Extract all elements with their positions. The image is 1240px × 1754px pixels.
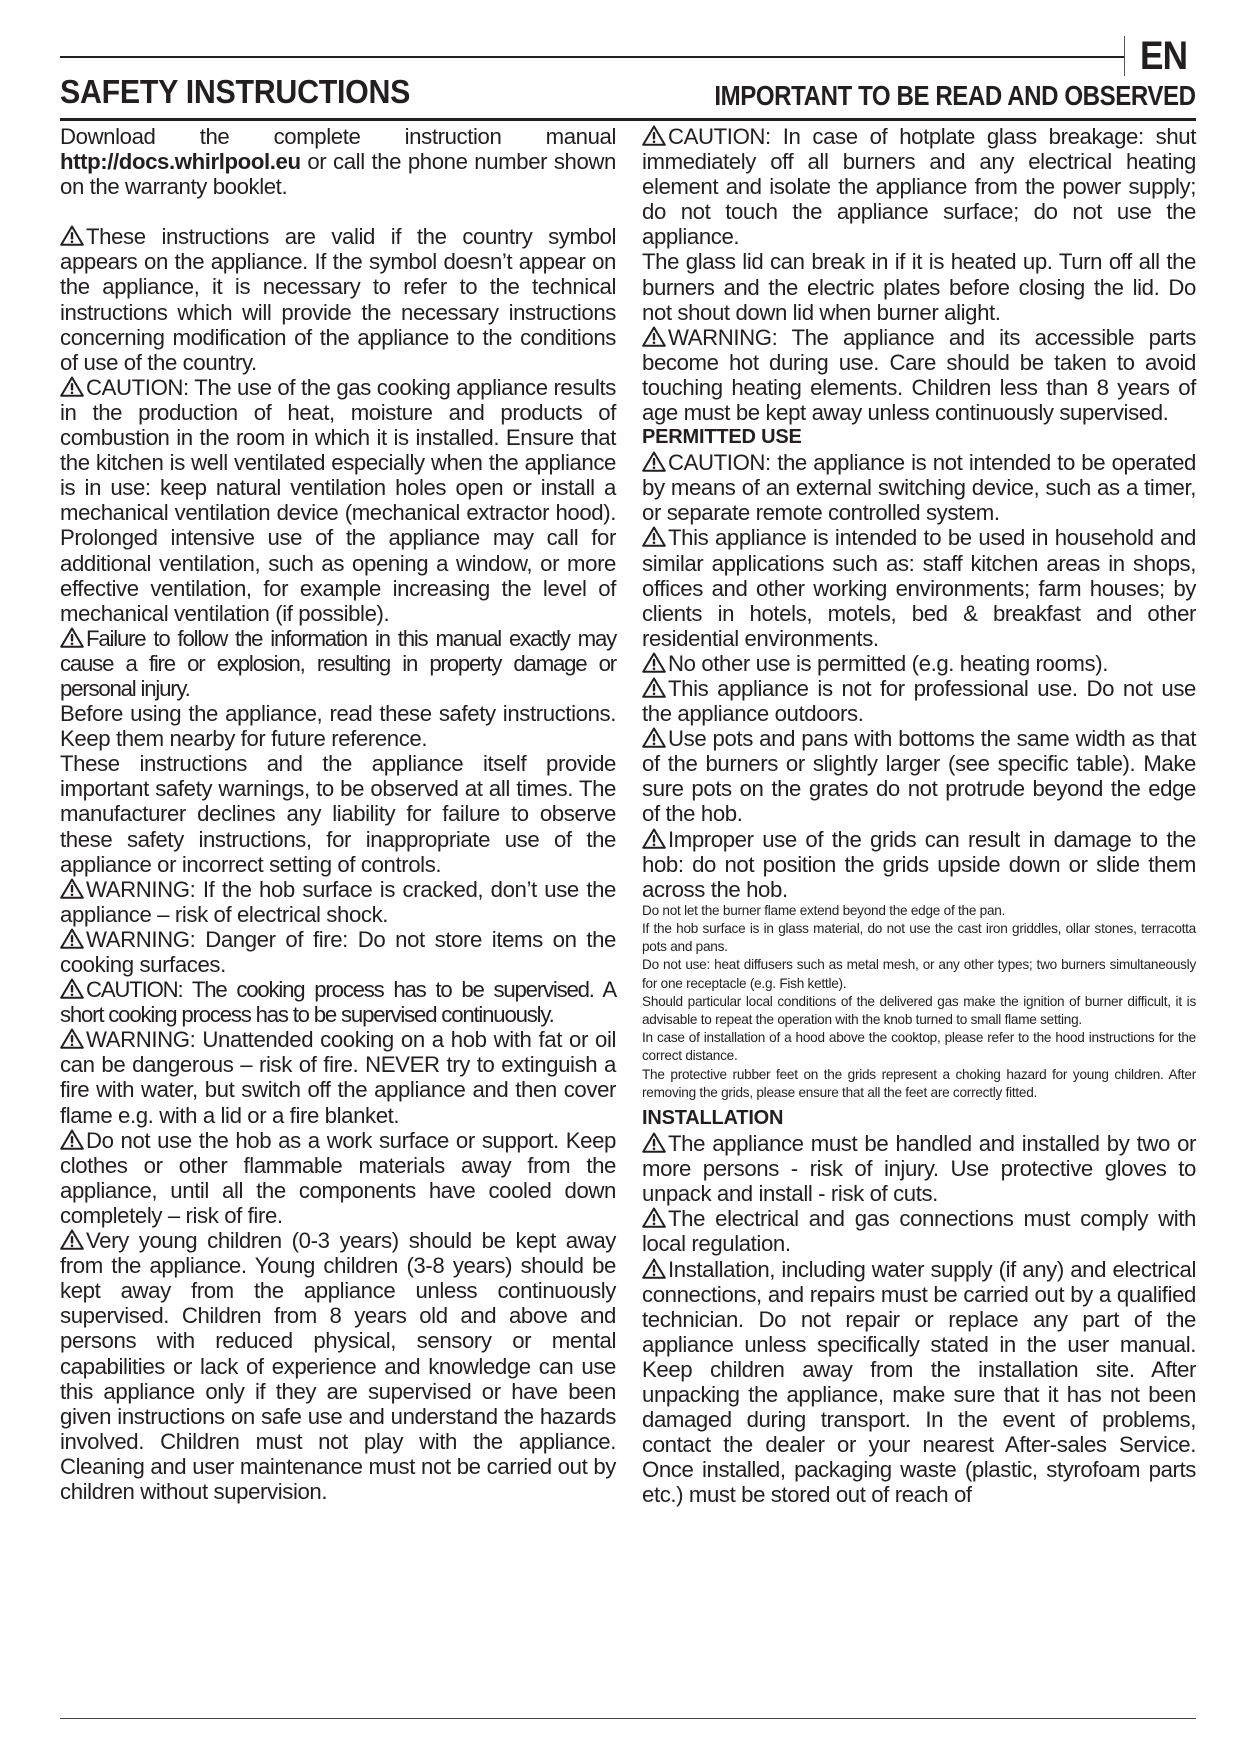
warning-triangle-icon [60, 627, 84, 648]
language-divider [1124, 36, 1125, 76]
warning-triangle-icon [642, 1258, 666, 1279]
right-column: CAUTION: In case of hotplate glass break… [642, 124, 1196, 1507]
paragraph-text: CAUTION: the appliance is not intended t… [642, 450, 1196, 525]
small-note: In case of installation of a hood above … [642, 1029, 1196, 1065]
page-title: SAFETY INSTRUCTIONS [60, 72, 410, 112]
safety-paragraph: WARNING: Unattended cooking on a hob wit… [60, 1027, 616, 1127]
header-rule [60, 118, 1196, 121]
safety-paragraph: Installation, including water supply (if… [642, 1257, 1196, 1508]
warning-triangle-icon [642, 652, 666, 673]
safety-paragraph: Do not use the hob as a work surface or … [60, 1128, 616, 1228]
safety-paragraph: CAUTION: The use of the gas cooking appl… [60, 375, 616, 626]
safety-paragraph: Before using the appliance, read these s… [60, 701, 616, 751]
safety-paragraph: CAUTION: In case of hotplate glass break… [642, 124, 1196, 249]
safety-paragraph: WARNING: If the hob surface is cracked, … [60, 877, 616, 927]
paragraph-text: Failure to follow the information in thi… [60, 626, 616, 701]
paragraph-text: No other use is permitted (e.g. heating … [668, 651, 1108, 676]
safety-paragraph: The appliance must be handled and instal… [642, 1131, 1196, 1206]
paragraph-text: Use pots and pans with bottoms the same … [642, 726, 1196, 826]
warning-triangle-icon [60, 1028, 84, 1049]
warning-triangle-icon [60, 225, 84, 246]
paragraph-text: WARNING: Danger of fire: Do not store it… [60, 927, 616, 977]
paragraph-text: WARNING: Unattended cooking on a hob wit… [60, 1027, 616, 1127]
small-note: Do not let the burner flame extend beyon… [642, 902, 1196, 920]
intro-text: Download the complete instruction manual [60, 124, 616, 149]
warning-triangle-icon [642, 1207, 666, 1228]
safety-paragraph: This appliance is intended to be used in… [642, 525, 1196, 650]
paragraph-text: This appliance is not for professional u… [642, 676, 1196, 726]
safety-paragraph: These instructions are valid if the coun… [60, 224, 616, 375]
warning-triangle-icon [642, 828, 666, 849]
footer-rule [60, 1718, 1196, 1719]
warning-triangle-icon [60, 978, 84, 999]
paragraph-text: The electrical and gas connections must … [642, 1206, 1196, 1256]
paragraph-text: CAUTION: In case of hotplate glass break… [642, 124, 1196, 249]
paragraph-text: Very young children (0-3 years) should b… [60, 1228, 616, 1504]
section-heading-installation: INSTALLATION [642, 1106, 1196, 1131]
language-code: EN [1140, 36, 1187, 76]
small-note: If the hob surface is in glass material,… [642, 920, 1196, 956]
warning-triangle-icon [60, 1229, 84, 1250]
warning-triangle-icon [642, 727, 666, 748]
safety-paragraph: No other use is permitted (e.g. heating … [642, 651, 1196, 676]
safety-paragraph: CAUTION: the appliance is not intended t… [642, 450, 1196, 525]
warning-triangle-icon [642, 125, 666, 146]
paragraph-text: WARNING: If the hob surface is cracked, … [60, 877, 616, 927]
safety-paragraph: Improper use of the grids can result in … [642, 827, 1196, 902]
section-heading-permitted-use: PERMITTED USE [642, 425, 1196, 450]
paragraph-text: These instructions are valid if the coun… [60, 224, 616, 374]
safety-paragraph: Use pots and pans with bottoms the same … [642, 726, 1196, 826]
left-column: Download the complete instruction manual… [60, 124, 616, 1504]
paragraph-text: WARNING: The appliance and its accessibl… [642, 325, 1196, 425]
safety-paragraph: The glass lid can break in if it is heat… [642, 249, 1196, 324]
paragraph-text: CAUTION: The cooking process has to be s… [60, 977, 616, 1027]
page-subtitle: IMPORTANT TO BE READ AND OBSERVED [715, 78, 1196, 114]
paragraph-text: Before using the appliance, read these s… [60, 701, 616, 751]
paragraph-text: Do not use the hob as a work surface or … [60, 1128, 616, 1228]
warning-triangle-icon [642, 451, 666, 472]
manual-download-link[interactable]: http://docs.whirlpool.eu [60, 149, 301, 174]
safety-paragraph: Very young children (0-3 years) should b… [60, 1228, 616, 1504]
paragraph-text: These instructions and the appliance its… [60, 751, 616, 876]
warning-triangle-icon [642, 526, 666, 547]
warning-triangle-icon [60, 376, 84, 397]
paragraph-text: The glass lid can break in if it is heat… [642, 249, 1196, 324]
paragraph-text: CAUTION: The use of the gas cooking appl… [60, 375, 616, 626]
safety-paragraph: WARNING: The appliance and its accessibl… [642, 325, 1196, 425]
safety-paragraph: Failure to follow the information in thi… [60, 626, 616, 701]
warning-triangle-icon [60, 928, 84, 949]
warning-triangle-icon [642, 1132, 666, 1153]
small-note: The protective rubber feet on the grids … [642, 1066, 1196, 1102]
paragraph-text: The appliance must be handled and instal… [642, 1131, 1196, 1206]
safety-paragraph: This appliance is not for professional u… [642, 676, 1196, 726]
intro-paragraph: Download the complete instruction manual… [60, 124, 616, 199]
warning-triangle-icon [642, 677, 666, 698]
safety-paragraph: These instructions and the appliance its… [60, 751, 616, 876]
safety-paragraph: CAUTION: The cooking process has to be s… [60, 977, 616, 1027]
top-rule [60, 56, 1124, 58]
warning-triangle-icon [60, 1129, 84, 1150]
paragraph-text: This appliance is intended to be used in… [642, 525, 1196, 650]
paragraph-text: Improper use of the grids can result in … [642, 827, 1196, 902]
safety-paragraph: The electrical and gas connections must … [642, 1206, 1196, 1256]
paragraph-text: Installation, including water supply (if… [642, 1257, 1196, 1508]
safety-paragraph: WARNING: Danger of fire: Do not store it… [60, 927, 616, 977]
warning-triangle-icon [642, 326, 666, 347]
small-note: Should particular local conditions of th… [642, 993, 1196, 1029]
small-note: Do not use: heat diffusers such as metal… [642, 956, 1196, 992]
warning-triangle-icon [60, 878, 84, 899]
spacer [60, 199, 616, 224]
